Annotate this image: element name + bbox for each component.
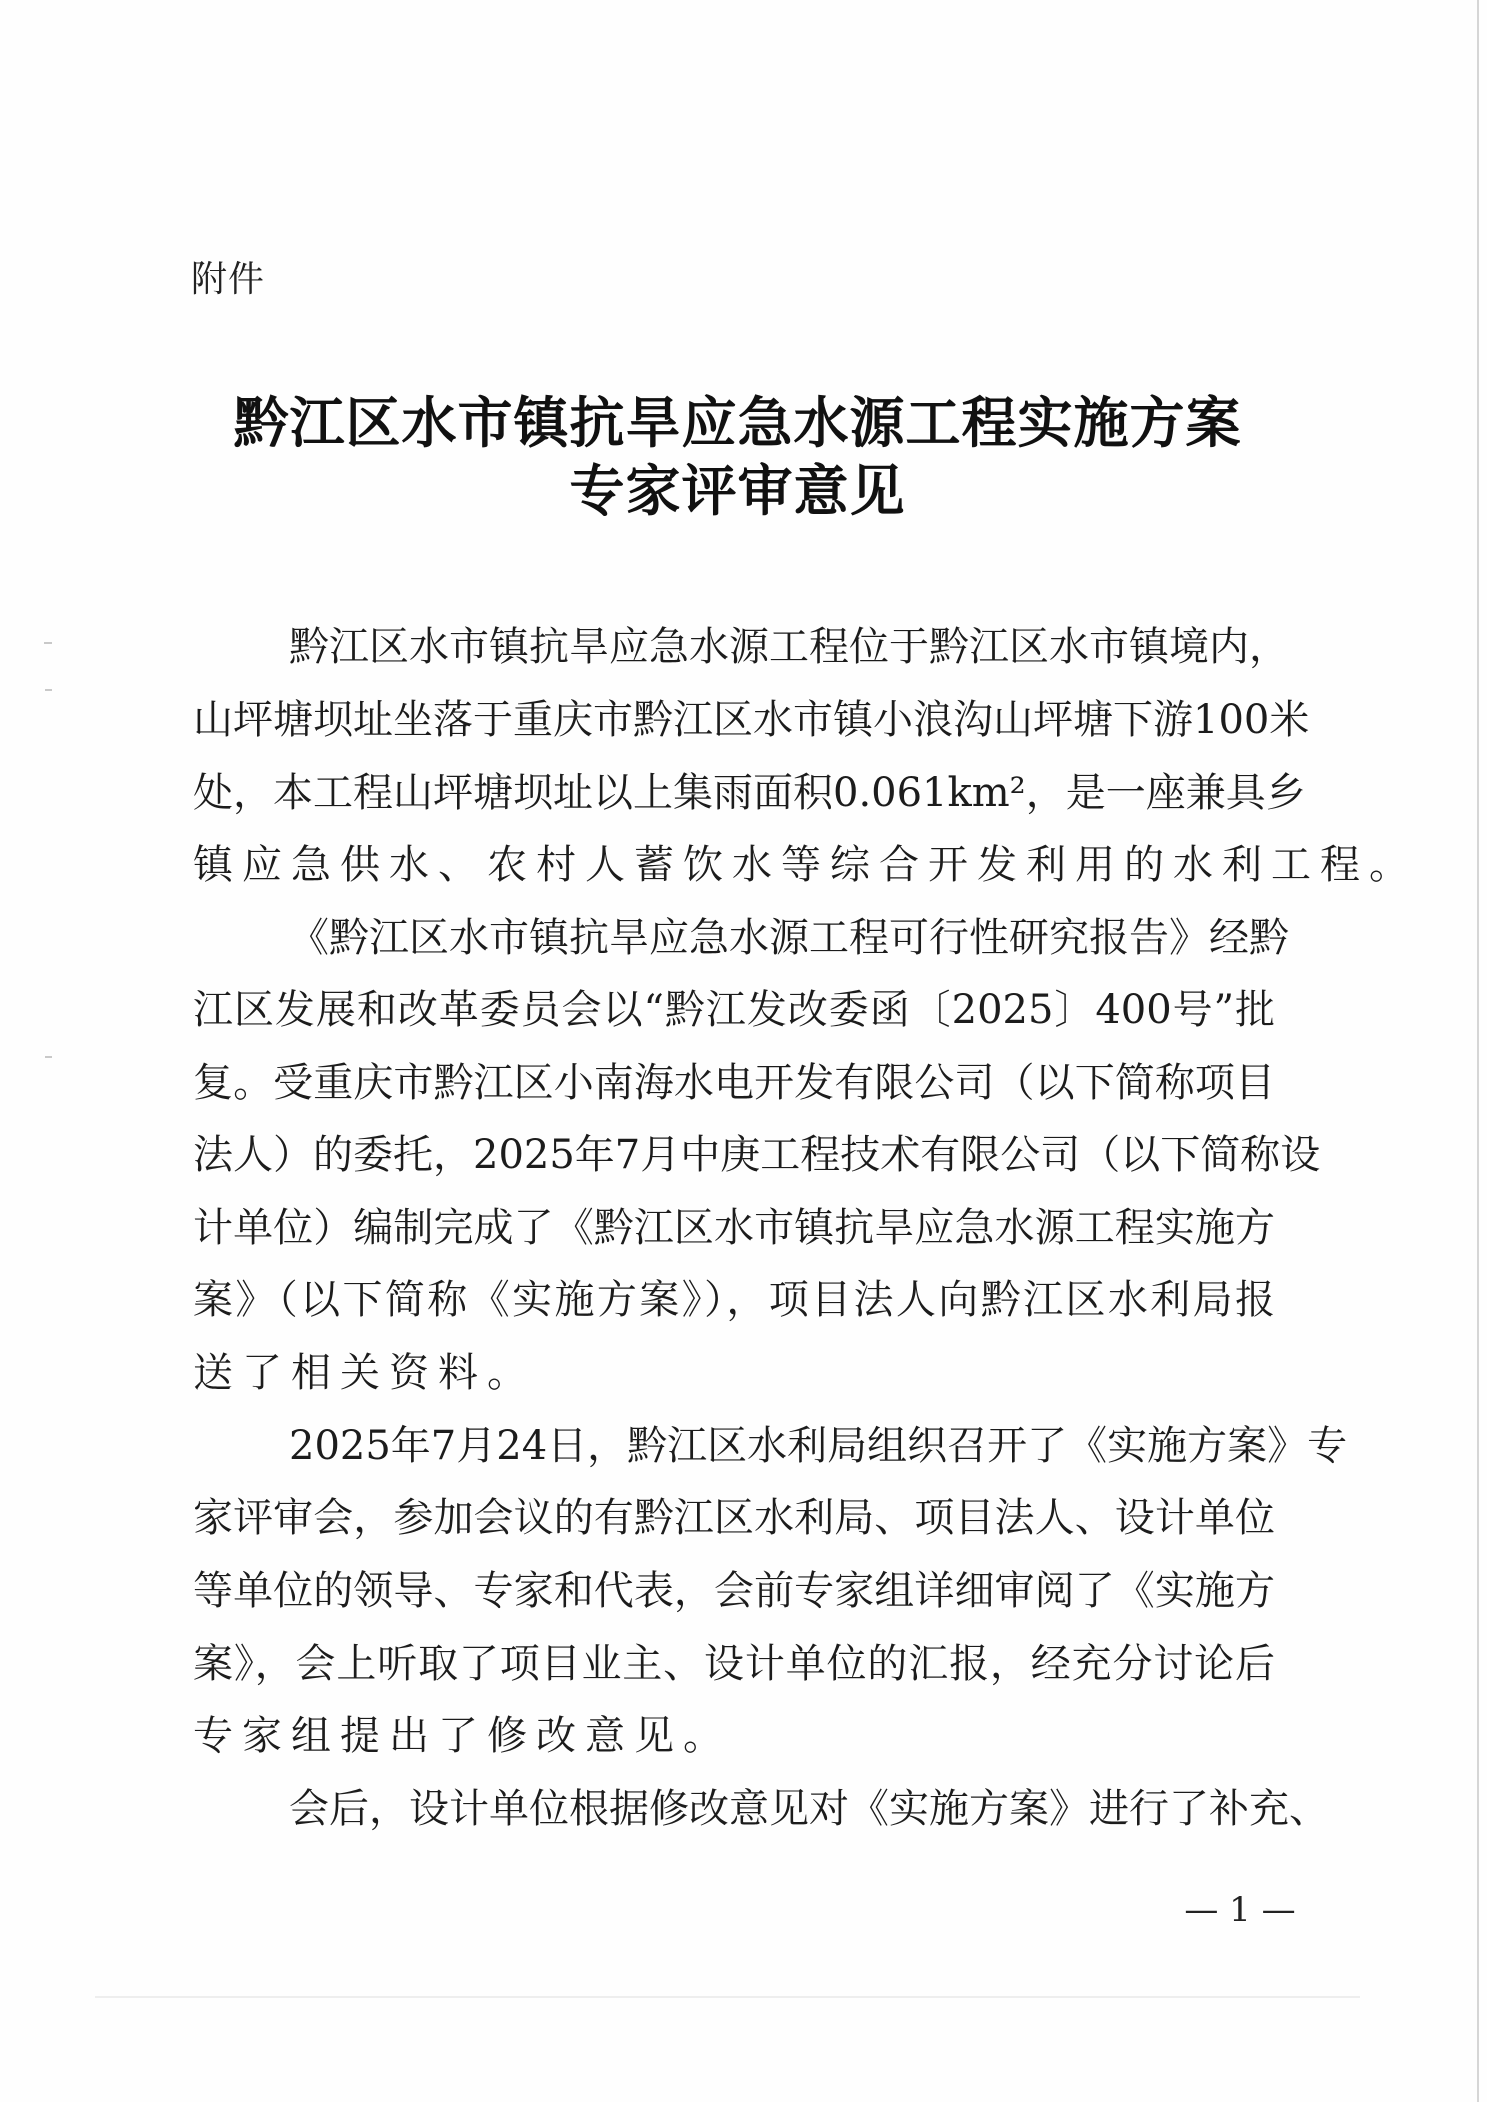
scan-edge-line (1477, 0, 1479, 2102)
body-line: 黔江区水市镇抗旱应急水源工程位于黔江区水市镇境内， (289, 611, 1275, 683)
page-number: — 1 — (1176, 1888, 1304, 1932)
body-line: 复。受重庆市黔江区小南海水电开发有限公司（以下简称项目 (193, 1047, 1275, 1119)
body-line: 送了相关资料。 (193, 1337, 1275, 1409)
body-line: 2025年7月24日，黔江区水利局组织召开了《实施方案》专 (289, 1410, 1275, 1482)
body-line: 计单位）编制完成了《黔江区水市镇抗旱应急水源工程实施方 (193, 1192, 1275, 1264)
body-line: 法人）的委托，2025年7月中庚工程技术有限公司（以下简称设 (193, 1119, 1275, 1191)
body-line: 镇应急供水、农村人蓄饮水等综合开发利用的水利工程。 (193, 829, 1275, 901)
body-line: 专家组提出了修改意见。 (193, 1700, 1275, 1772)
scan-mark (45, 689, 52, 691)
scan-bottom-line (95, 1996, 1360, 1998)
scan-mark (44, 642, 52, 644)
body-line: 山坪塘坝址坐落于重庆市黔江区水市镇小浪沟山坪塘下游100米 (193, 684, 1275, 756)
document-page: 附件 黔江区水市镇抗旱应急水源工程实施方案 专家评审意见 黔江区水市镇抗旱应急水… (0, 0, 1487, 2102)
scan-mark (45, 1056, 52, 1058)
body-line: 家评审会，参加会议的有黔江区水利局、项目法人、设计单位 (193, 1482, 1275, 1554)
body-line: 江区发展和改革委员会以“黔江发改委函〔2025〕400号”批 (193, 974, 1275, 1046)
body-line: 案》，会上听取了项目业主、设计单位的汇报，经充分讨论后 (193, 1628, 1275, 1700)
body-line: 会后，设计单位根据修改意见对《实施方案》进行了补充、 (289, 1773, 1275, 1845)
body-line: 等单位的领导、专家和代表，会前专家组详细审阅了《实施方 (193, 1555, 1275, 1627)
body-line: 《黔江区水市镇抗旱应急水源工程可行性研究报告》经黔 (289, 902, 1275, 974)
document-title-line-1: 黔江区水市镇抗旱应急水源工程实施方案 (0, 390, 1481, 456)
body-line: 案》（以下简称《实施方案》），项目法人向黔江区水利局报 (193, 1264, 1275, 1336)
document-title-line-2: 专家评审意见 (0, 458, 1481, 524)
attachment-label: 附件 (191, 258, 265, 302)
body-line: 处，本工程山坪塘坝址以上集雨面积0.061km²，是一座兼具乡 (193, 757, 1275, 829)
